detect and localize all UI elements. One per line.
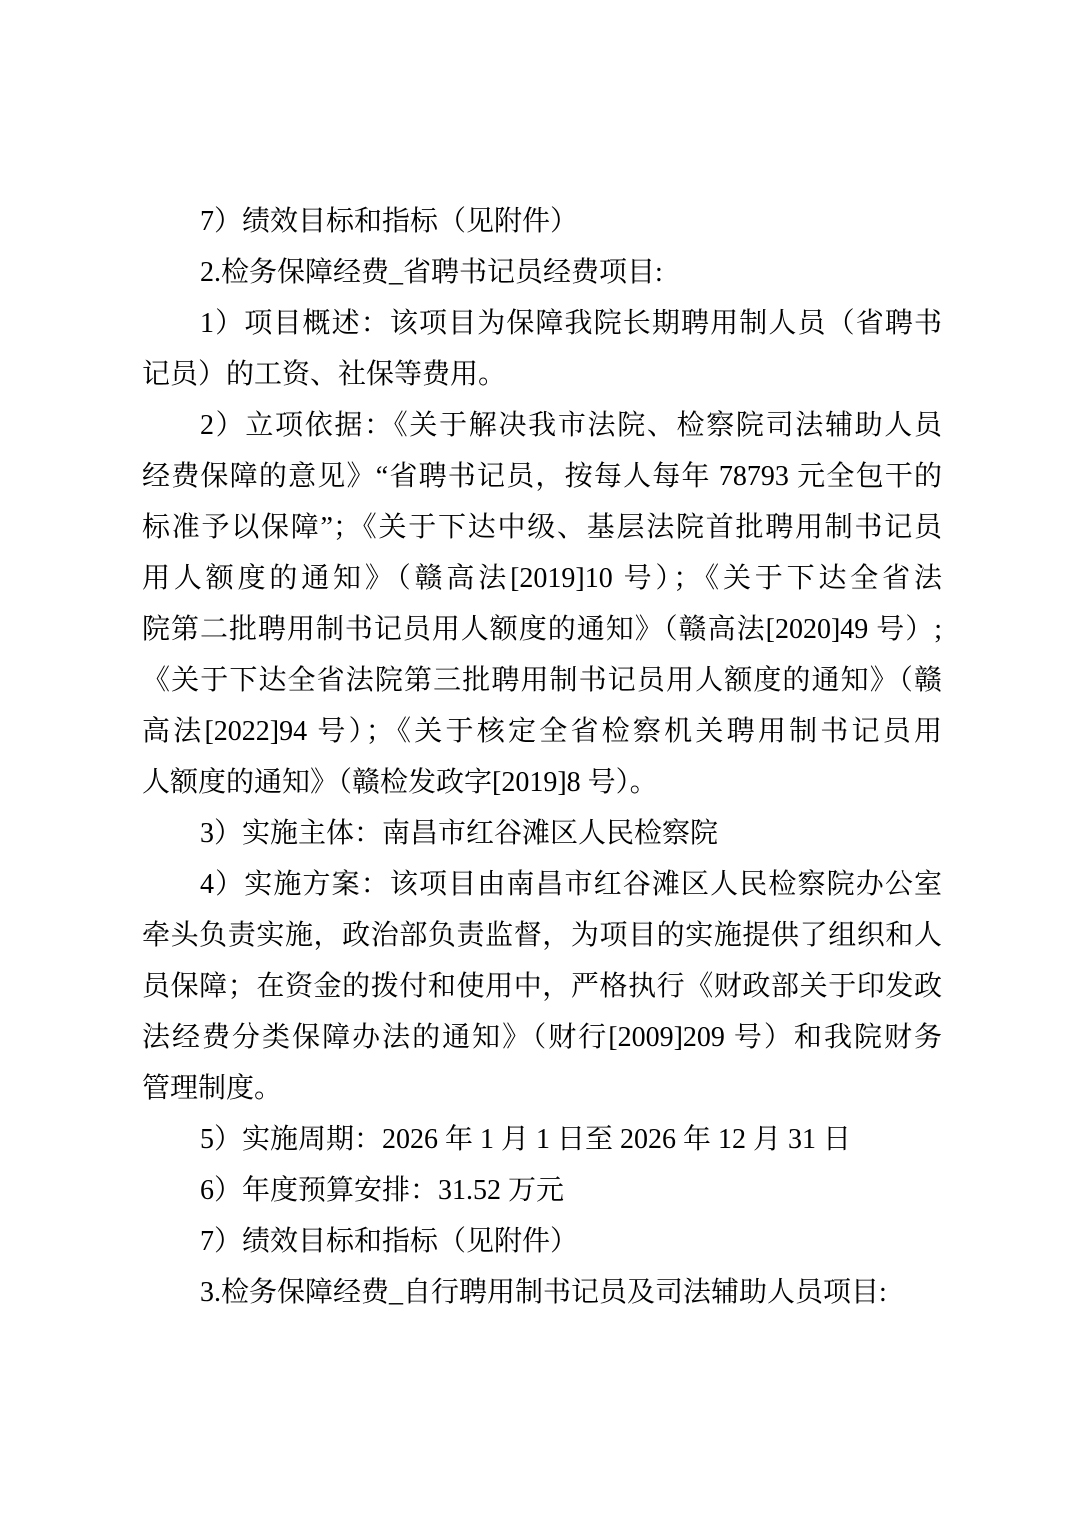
text-line: 人额度的通知》（赣检发政字[2019]8 号）。 (142, 757, 942, 808)
text-line: 法经费分类保障办法的通知》（财行[2009]209 号）和我院财务 (142, 1012, 942, 1063)
text-line: 牵头负责实施，政治部负责监督，为项目的实施提供了组织和人 (142, 910, 942, 961)
document-page: 7）绩效目标和指标（见附件）2.检务保障经费_省聘书记员经费项目:1）项目概述：… (0, 0, 1074, 1520)
text-line: 院第二批聘用制书记员用人额度的通知》（赣高法[2020]49 号）; (142, 604, 942, 655)
text-line: 4）实施方案：该项目由南昌市红谷滩区人民检察院办公室 (142, 859, 942, 910)
text-line: 3）实施主体：南昌市红谷滩区人民检察院 (142, 808, 942, 859)
text-line: 2）立项依据：《关于解决我市法院、检察院司法辅助人员 (142, 400, 942, 451)
text-line: 7）绩效目标和指标（见附件） (142, 196, 942, 247)
text-line: 管理制度。 (142, 1063, 942, 1114)
text-line: 记员）的工资、社保等费用。 (142, 349, 942, 400)
document-body: 7）绩效目标和指标（见附件）2.检务保障经费_省聘书记员经费项目:1）项目概述：… (142, 196, 942, 1318)
text-line: 6）年度预算安排：31.52 万元 (142, 1165, 942, 1216)
text-line: 5）实施周期：2026 年 1 月 1 日至 2026 年 12 月 31 日 (142, 1114, 942, 1165)
text-line: 7）绩效目标和指标（见附件） (142, 1216, 942, 1267)
text-line: 1）项目概述：该项目为保障我院长期聘用制人员（省聘书 (142, 298, 942, 349)
text-line: 《关于下达全省法院第三批聘用制书记员用人额度的通知》（赣 (142, 655, 942, 706)
text-line: 用人额度的通知》（赣高法[2019]10 号）；《关于下达全省法 (142, 553, 942, 604)
text-line: 高法[2022]94 号）；《关于核定全省检察机关聘用制书记员用 (142, 706, 942, 757)
text-line: 3.检务保障经费_自行聘用制书记员及司法辅助人员项目: (142, 1267, 942, 1318)
text-line: 经费保障的意见》“省聘书记员，按每人每年 78793 元全包干的 (142, 451, 942, 502)
text-line: 员保障；在资金的拨付和使用中，严格执行《财政部关于印发政 (142, 961, 942, 1012)
text-line: 2.检务保障经费_省聘书记员经费项目: (142, 247, 942, 298)
text-line: 标准予以保障”；《关于下达中级、基层法院首批聘用制书记员 (142, 502, 942, 553)
